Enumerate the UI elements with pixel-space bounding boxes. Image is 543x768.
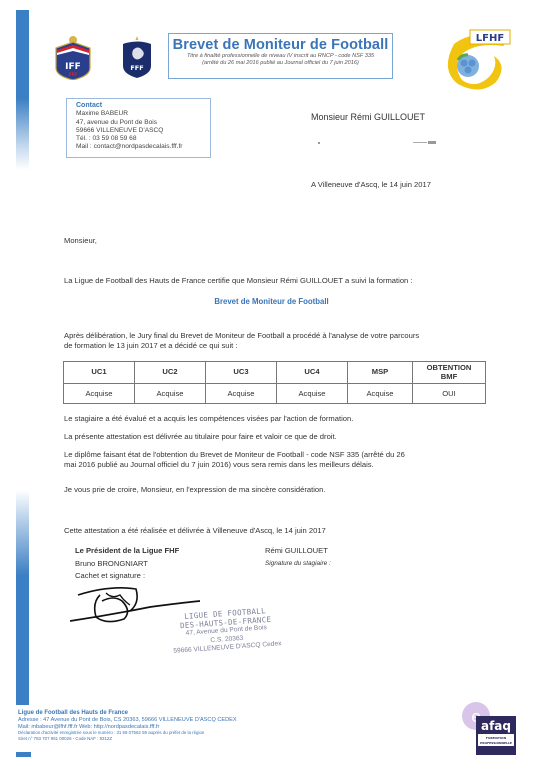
- header-msp: MSP: [348, 362, 413, 384]
- svg-text:FFF: FFF: [69, 72, 77, 77]
- trainee-signature-block: Rémi GUILLOUET Signature du stagiaire :: [265, 545, 331, 570]
- decorative-side-bar-top: [16, 10, 29, 170]
- letter-date: A Villeneuve d'Ascq, le 14 juin 2017: [311, 180, 431, 189]
- footer-block: Ligue de Football des Hauts de France Ad…: [18, 710, 237, 742]
- footer-mail-web: Mail: mbabeur@lfhf.fff.fr Web: http://no…: [18, 724, 237, 731]
- deliberation-line1: Après délibération, le Jury final du Bre…: [64, 331, 494, 341]
- president-title: Le Président de la Ligue FHF: [75, 545, 179, 558]
- contact-heading: Contact: [76, 102, 210, 110]
- intro-paragraph: La Ligue de Football des Hauts de France…: [64, 276, 494, 286]
- president-name: Bruno BRONGNIART: [75, 558, 179, 571]
- formation-title: Brevet de Moniteur de Football: [0, 297, 543, 306]
- closing-paragraph: Je vous prie de croire, Monsieur, en l'e…: [64, 485, 494, 495]
- header-uc4: UC4: [277, 362, 348, 384]
- contact-phone: Tél. : 03 59 08 59 68: [76, 135, 210, 143]
- footer-address: Adresse : 47 Avenue du Pont de Bois, CS …: [18, 717, 237, 724]
- salutation: Monsieur,: [64, 236, 494, 246]
- header-obtention-bmf: OBTENTION BMF: [413, 362, 486, 384]
- redacted-address: [318, 133, 438, 139]
- svg-text:IFF: IFF: [65, 62, 81, 72]
- value-uc4: Acquise: [277, 384, 348, 404]
- president-signature-label: Cachet et signature :: [75, 570, 179, 583]
- diploma-subtitle-line2: (arrêté du 26 mai 2016 publié au Journal…: [169, 60, 392, 67]
- table-row: Acquise Acquise Acquise Acquise Acquise …: [64, 384, 486, 404]
- trainee-signature-label: Signature du stagiaire :: [265, 558, 331, 571]
- svg-text:LFHF: LFHF: [476, 33, 504, 44]
- decorative-foot-bar: [16, 752, 31, 757]
- header-obtention-bmf-label: OBTENTION BMF: [421, 364, 477, 381]
- recipient-name: Monsieur Rémi GUILLOUET: [311, 112, 425, 122]
- value-uc2: Acquise: [135, 384, 206, 404]
- contact-mail: Mail : contact@nordpasdecalais.fff.fr: [76, 143, 210, 151]
- value-uc3: Acquise: [206, 384, 277, 404]
- footer-siret: Siret n° 783 707 961 00026 - Code NAF : …: [18, 736, 237, 742]
- header-uc3: UC3: [206, 362, 277, 384]
- contact-address2: 59666 VILLENEUVE D'ASCQ: [76, 127, 210, 135]
- decorative-side-bar-bottom: [16, 490, 29, 705]
- attestation-line: Cette attestation a été réalisée et déli…: [64, 526, 524, 536]
- table-header-row: UC1 UC2 UC3 UC4 MSP OBTENTION BMF: [64, 362, 486, 384]
- footer-org: Ligue de Football des Hauts de France: [18, 710, 237, 717]
- results-table: UC1 UC2 UC3 UC4 MSP OBTENTION BMF Acquis…: [63, 361, 486, 404]
- contact-box: Contact Maxime BABEUR 47, avenue du Pont…: [66, 98, 211, 158]
- diploma-title-box: Brevet de Moniteur de Football Titre à f…: [168, 33, 393, 79]
- paragraph-diploma-line2: mai 2016 publié au Journal officiel du 7…: [64, 460, 494, 470]
- svg-text:FFF: FFF: [130, 64, 143, 72]
- president-signature-block: Le Président de la Ligue FHF Bruno BRONG…: [75, 545, 179, 583]
- paragraph-diploma-line1: Le diplôme faisant état de l'obtention d…: [64, 450, 494, 460]
- deliberation-line2: de formation le 13 juin 2017 et a décidé…: [64, 341, 494, 351]
- header-uc2: UC2: [135, 362, 206, 384]
- diploma-title: Brevet de Moniteur de Football: [169, 37, 392, 53]
- paragraph-attestation: La présente attestation est délivrée au …: [64, 432, 494, 442]
- lfhf-logo: LFHF: [432, 26, 518, 92]
- svg-text:PROFESSIONNELLE: PROFESSIONNELLE: [480, 741, 512, 745]
- fff-logo: FFF: [120, 36, 154, 78]
- diploma-subtitle-line1: Titre à finalité professionnelle de nive…: [169, 53, 392, 60]
- iff-logo: IFF FFF: [54, 34, 92, 80]
- value-msp: Acquise: [348, 384, 413, 404]
- svg-text:afaq: afaq: [481, 719, 511, 733]
- contact-address1: 47, avenue du Pont de Bois: [76, 119, 210, 127]
- paragraph-evaluation: Le stagiaire a été évalué et a acquis le…: [64, 414, 494, 424]
- value-obtention-bmf: OUI: [413, 384, 486, 404]
- svg-text:FORMATION: FORMATION: [486, 736, 507, 740]
- value-uc1: Acquise: [64, 384, 135, 404]
- contact-name: Maxime BABEUR: [76, 110, 210, 118]
- header-uc1: UC1: [64, 362, 135, 384]
- afaq-logo: e afaq FORMATION PROFESSIONNELLE: [458, 700, 522, 758]
- trainee-name: Rémi GUILLOUET: [265, 545, 331, 558]
